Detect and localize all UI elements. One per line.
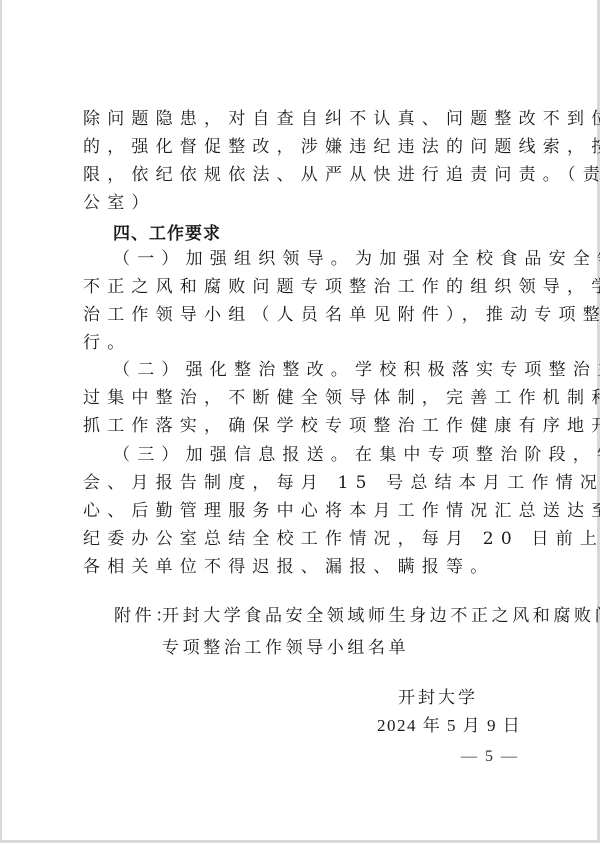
page-number: — 5 — (461, 746, 517, 768)
text-line: 不正之风和腐败问题专项整治工作的组织领导，学校成立专项整 (83, 273, 525, 301)
text-line: 除问题隐患，对自查自纠不认真、问题整改不到位、风险点较多 (83, 105, 525, 133)
section-heading: 四、工作要求 (113, 220, 221, 248)
text-line: 的，强化督促整改，涉嫌违纪违法的问题线索，按照干部管理权 (83, 133, 525, 161)
attachment-label: 附件： (114, 600, 162, 632)
attachment-title: 开封大学食品安全领域师生身边不正之风和腐败问题 (162, 606, 600, 626)
text-line: 过集中整治，不断健全领导体制，完善工作机制和制度措施，狠 (83, 384, 525, 412)
text-line: 心、后勤管理服务中心将本月工作情况汇总送达至纪委办公室， (83, 497, 525, 525)
attachment-note: 附件：开封大学食品安全领域师生身边不正之风和腐败问题 专项整治工作领导小组名单 (114, 600, 600, 664)
text-line: （三）加强信息报送。在集中专项整治阶段，学校建立月例 (83, 441, 525, 469)
text-line: 限，依纪依规依法、从严从快进行追责问责。（责任部门：纪委办 (83, 161, 525, 189)
paragraph-information-reporting: （三）加强信息报送。在集中专项整治阶段，学校建立月例 会、月报告制度，每月 15… (83, 441, 525, 581)
signing-organization: 开封大学 (398, 686, 478, 710)
text-line: （一）加强组织领导。为加强对全校食品安全领域师生身边 (83, 245, 525, 273)
text-line: 各相关单位不得迟报、漏报、瞒报等。 (83, 553, 525, 581)
signing-date: 2024 年 5 月 9 日 (377, 714, 521, 738)
text-line: 会、月报告制度，每月 15 号总结本月工作情况，财务处、审计中 (83, 469, 525, 497)
paragraph-organization-leadership: （一）加强组织领导。为加强对全校食品安全领域师生身边 不正之风和腐败问题专项整治… (83, 245, 525, 357)
text-line: 行。 (83, 329, 525, 357)
text-line: 抓工作落实，确保学校专项整治工作健康有序地开展。 (83, 412, 525, 440)
text-line: 公室） (83, 189, 525, 217)
document-page: 除问题隐患，对自查自纠不认真、问题整改不到位、风险点较多 的，强化督促整改，涉嫌… (0, 0, 600, 843)
text-line: 治工作领导小组（人员名单见附件），推动专项整治工作的顺利进 (83, 301, 525, 329)
paragraph-rectification: （二）强化整治整改。学校积极落实专项整治主体责任，通 过集中整治，不断健全领导体… (83, 356, 525, 440)
continuation-paragraph: 除问题隐患，对自查自纠不认真、问题整改不到位、风险点较多 的，强化督促整改，涉嫌… (83, 105, 525, 217)
text-line: 纪委办公室总结全校工作情况，每月 20 日前上报省教育厅。学校 (83, 525, 525, 553)
attachment-title-continued: 专项整治工作领导小组名单 (114, 632, 600, 664)
text-line: （二）强化整治整改。学校积极落实专项整治主体责任，通 (83, 356, 525, 384)
